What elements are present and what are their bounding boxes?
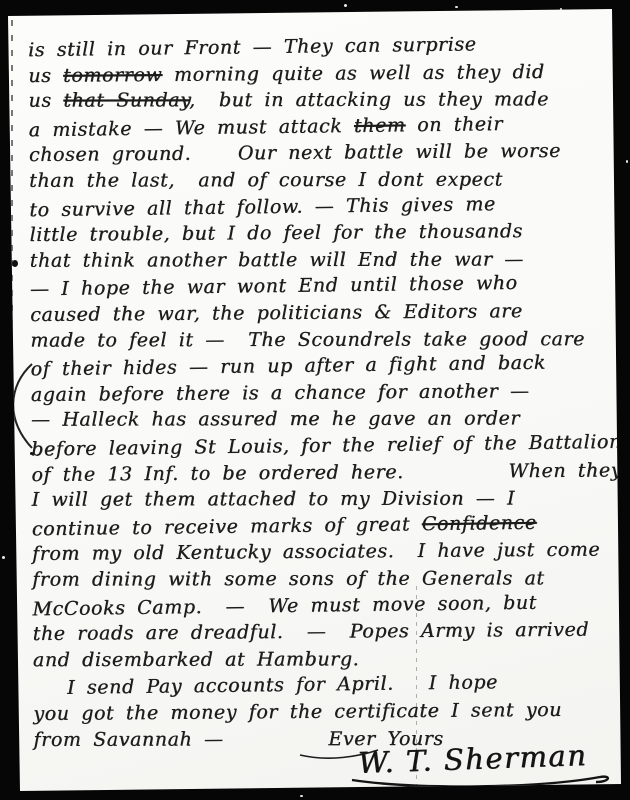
letter-line: little trouble, but I do feel for the th… <box>29 220 523 246</box>
letter-line: of their hides — run up after a fight an… <box>30 352 546 381</box>
letter-line: a mistake — We must attack them on their <box>29 113 504 141</box>
letter-line: that think another battle will End the w… <box>30 248 524 271</box>
letter-line: I send Pay accounts for April. I hope <box>67 672 498 700</box>
letter-line: — I hope the war wont End until those wh… <box>30 272 518 300</box>
scan-noise-speck <box>2 556 5 559</box>
letter-line: us that Sunday, but in attacking us they… <box>28 88 549 111</box>
letter-line: to survive all that follow. — This gives… <box>29 193 496 221</box>
letter-body: is still in our Front — They can surpris… <box>0 0 630 800</box>
scan-background: is still in our Front — They can surpris… <box>0 0 630 800</box>
letter-line: chosen ground. Our next battle will be w… <box>29 140 561 166</box>
letter-line: is still in our Front — They can surpris… <box>28 33 477 61</box>
letter-line: of the 13 Inf. to be ordered here. When … <box>31 458 630 485</box>
letter-line: us tomorrow morning quite as well as the… <box>28 61 545 87</box>
letter-line: than the last, and of course I dont expe… <box>29 169 503 192</box>
letter-line: and disembarked at Hamburg. <box>33 648 359 671</box>
letter-line: caused the war, the politicians & Editor… <box>30 300 523 326</box>
letter-line: I will get them attached to my Division … <box>32 488 516 511</box>
letter-line: McCooks Camp. — We must move soon, but <box>32 591 537 620</box>
scan-noise-speck <box>626 160 628 163</box>
letter-line: you got the money for the certificate I … <box>33 699 562 725</box>
letter-line: made to feel it — The Scoundrels take go… <box>30 328 585 351</box>
ink-speck <box>12 260 18 267</box>
letter-line: — Halleck has assured me he gave an orde… <box>31 408 520 431</box>
scan-noise-speck <box>455 6 458 8</box>
letter-line: from dining with some sons of the Genera… <box>32 567 544 590</box>
scan-noise-speck <box>560 8 562 10</box>
letter-line: again before there is a chance for anoth… <box>31 380 530 406</box>
scan-noise-speck <box>300 795 303 797</box>
letter-line: the roads are dreadful. — Popes Army is … <box>33 619 590 645</box>
ink-speck <box>30 452 33 455</box>
letter-line: before leaving St Louis, for the relief … <box>31 431 622 461</box>
scan-noise-speck <box>344 4 347 7</box>
letter-line: from my old Kentucky associates. I have … <box>32 539 600 565</box>
letter-line: continue to receive marks of great Confi… <box>32 512 537 541</box>
letter-page: is still in our Front — They can surpris… <box>0 0 630 800</box>
